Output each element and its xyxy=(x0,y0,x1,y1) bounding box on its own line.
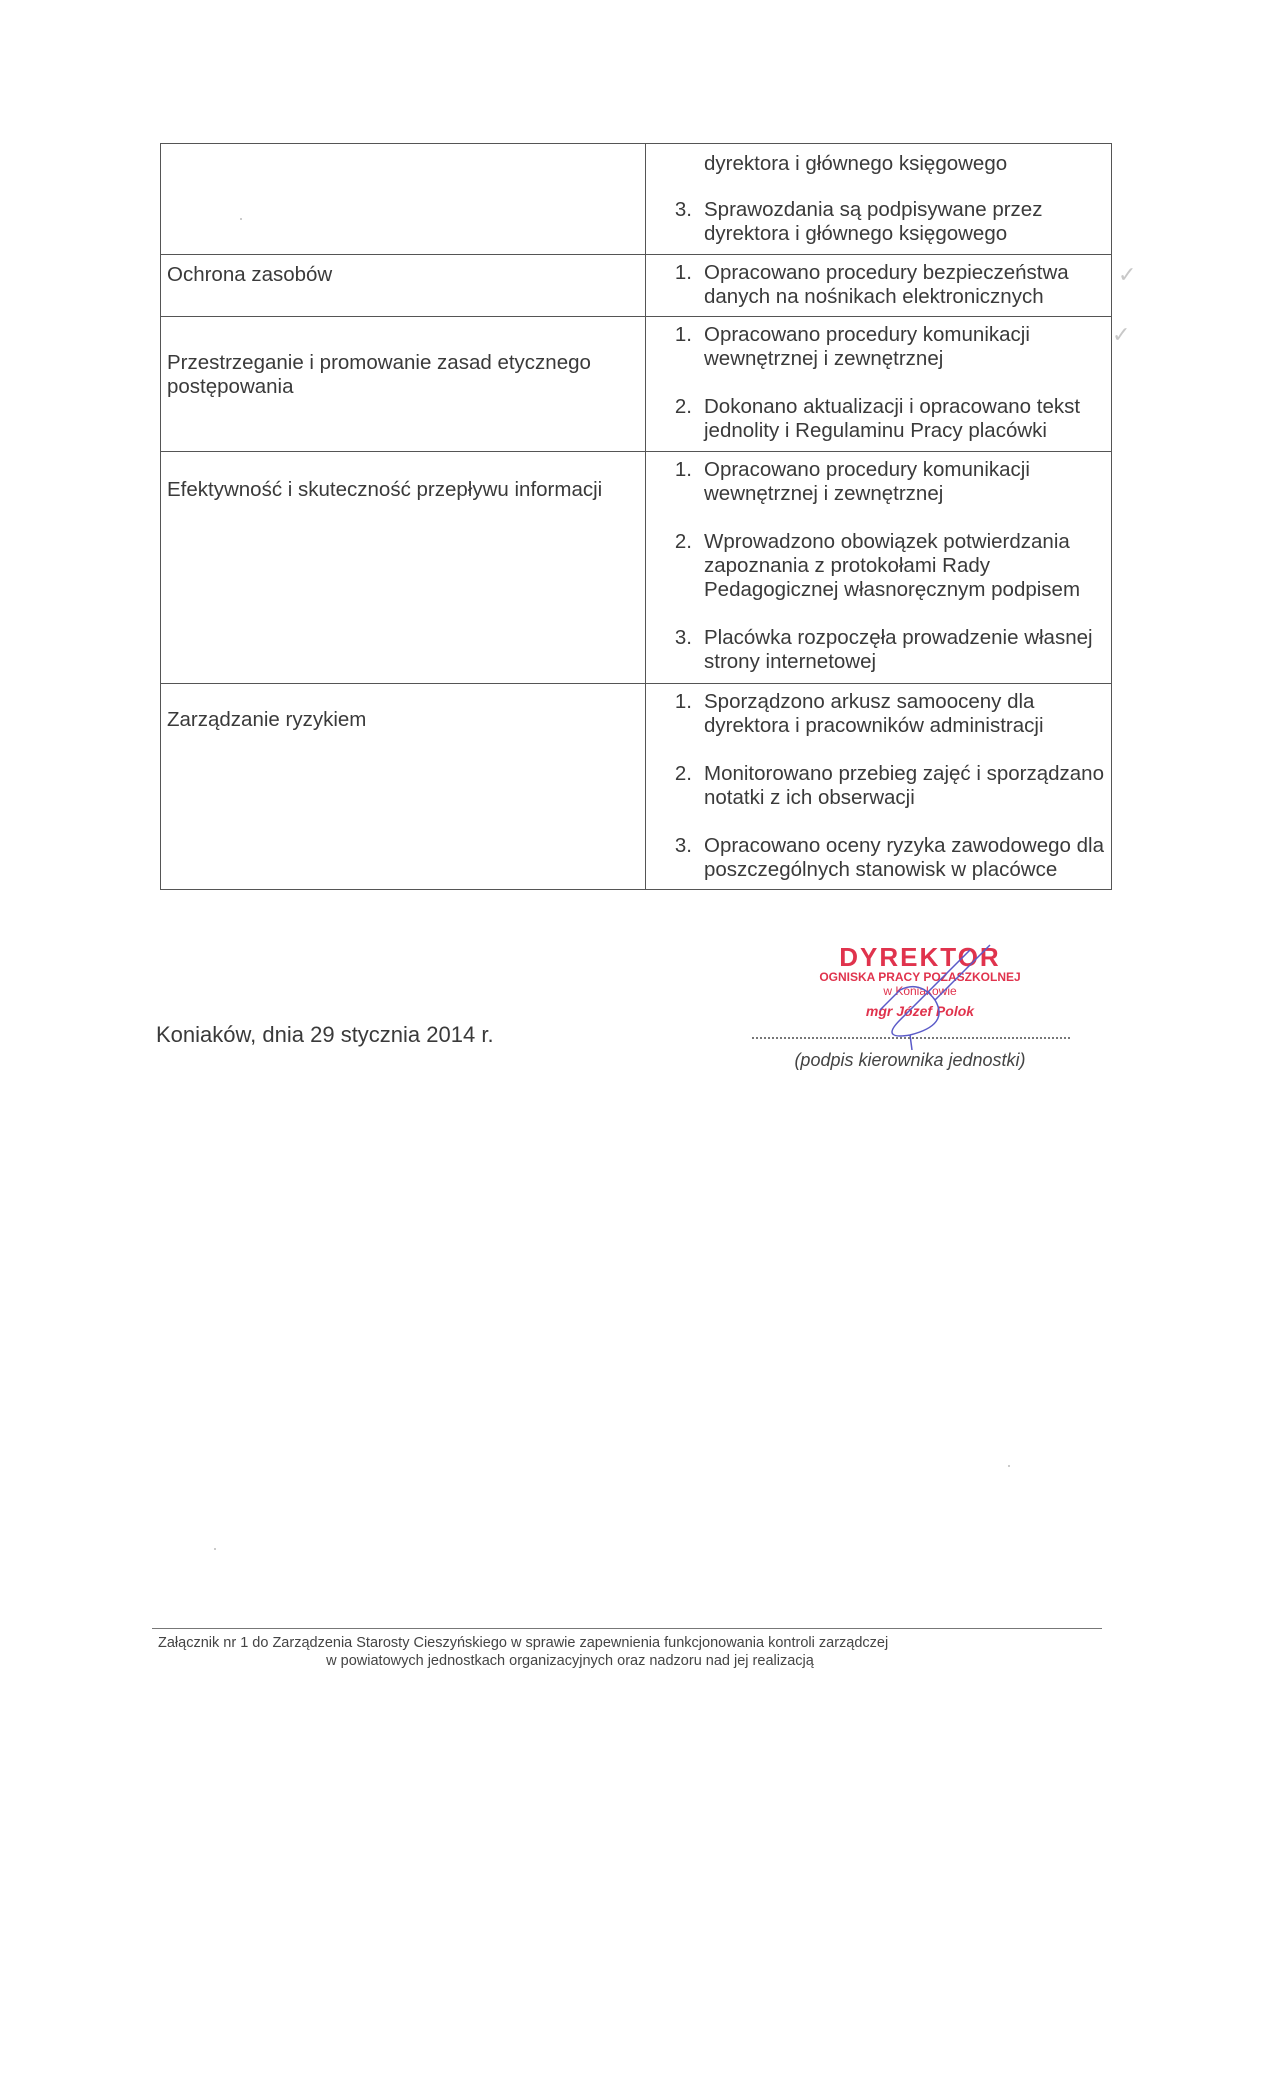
area-label-cell xyxy=(161,144,646,255)
item-text: Placówka rozpoczęła prowadzenie własnej … xyxy=(704,626,1105,674)
control-table: dyrektora i głównego księgowego3.Sprawoz… xyxy=(160,143,1112,890)
item-spacer xyxy=(646,738,1105,762)
item-number: 3. xyxy=(646,626,704,674)
area-label: Efektywność i skuteczność przepływu info… xyxy=(167,478,602,501)
area-label-cell: Przestrzeganie i promowanie zasad etyczn… xyxy=(161,317,646,452)
handwritten-signature-icon xyxy=(840,940,1040,1050)
actions-cell: 1.Opracowano procedury bezpieczeństwa da… xyxy=(646,255,1112,317)
table-row: dyrektora i głównego księgowego3.Sprawoz… xyxy=(161,144,1112,255)
table-row: Zarządzanie ryzykiem1.Sporządzono arkusz… xyxy=(161,684,1112,890)
item-text: Opracowano procedury komunikacji wewnętr… xyxy=(704,323,1105,371)
footer-divider xyxy=(152,1628,1102,1629)
item-number: 1. xyxy=(646,261,704,309)
action-item: 1.Sporządzono arkusz samooceny dla dyrek… xyxy=(646,690,1105,738)
area-label: Ochrona zasobów xyxy=(167,263,332,286)
action-item: dyrektora i głównego księgowego xyxy=(646,152,1105,176)
action-item: 1.Opracowano procedury komunikacji wewnę… xyxy=(646,323,1105,371)
footer-note: Załącznik nr 1 do Zarządzenia Starosty C… xyxy=(150,1634,1100,1670)
item-spacer xyxy=(646,176,1105,198)
margin-check-mark-icon: ✓ xyxy=(1112,322,1130,348)
action-item: 3.Placówka rozpoczęła prowadzenie własne… xyxy=(646,626,1105,674)
item-number: 1. xyxy=(646,458,704,506)
item-number: 1. xyxy=(646,323,704,371)
item-text: Opracowano oceny ryzyka zawodowego dla p… xyxy=(704,834,1105,882)
actions-cell: 1.Opracowano procedury komunikacji wewnę… xyxy=(646,452,1112,684)
table-row: Ochrona zasobów1.Opracowano procedury be… xyxy=(161,255,1112,317)
action-item: 3.Opracowano oceny ryzyka zawodowego dla… xyxy=(646,834,1105,882)
item-text: dyrektora i głównego księgowego xyxy=(704,152,1105,176)
item-number: 2. xyxy=(646,530,704,602)
item-number: 2. xyxy=(646,395,704,443)
margin-check-mark-icon: ✓ xyxy=(1118,262,1136,288)
item-spacer xyxy=(646,602,1105,626)
footer-line-2: w powiatowych jednostkach organizacyjnyc… xyxy=(150,1652,1100,1670)
item-text: Wprowadzono obowiązek potwierdzania zapo… xyxy=(704,530,1105,602)
item-text: Opracowano procedury bezpieczeństwa dany… xyxy=(704,261,1105,309)
area-label: Zarządzanie ryzykiem xyxy=(167,708,366,731)
place-date: Koniaków, dnia 29 stycznia 2014 r. xyxy=(156,1022,494,1048)
actions-cell: 1.Sporządzono arkusz samooceny dla dyrek… xyxy=(646,684,1112,890)
item-text: Dokonano aktualizacji i opracowano tekst… xyxy=(704,395,1105,443)
item-text: Sporządzono arkusz samooceny dla dyrekto… xyxy=(704,690,1105,738)
document-page: dyrektora i głównego księgowego3.Sprawoz… xyxy=(0,0,1275,2100)
action-item: 3.Sprawozdania są podpisywane przez dyre… xyxy=(646,198,1105,246)
action-item: 2.Monitorowano przebieg zajęć i sporządz… xyxy=(646,762,1105,810)
item-spacer xyxy=(646,810,1105,834)
item-spacer xyxy=(646,506,1105,530)
footer-line-1: Załącznik nr 1 do Zarządzenia Starosty C… xyxy=(150,1634,1100,1652)
table-row: Przestrzeganie i promowanie zasad etyczn… xyxy=(161,317,1112,452)
area-label-cell: Efektywność i skuteczność przepływu info… xyxy=(161,452,646,684)
area-label: Przestrzeganie i promowanie zasad etyczn… xyxy=(167,351,591,398)
item-number xyxy=(646,152,704,176)
scan-speck xyxy=(214,1548,216,1550)
item-number: 3. xyxy=(646,834,704,882)
signature-line xyxy=(752,1037,1070,1039)
item-text: Sprawozdania są podpisywane przez dyrekt… xyxy=(704,198,1105,246)
signature-caption: (podpis kierownika jednostki) xyxy=(745,1050,1075,1071)
item-number: 1. xyxy=(646,690,704,738)
action-item: 2.Wprowadzono obowiązek potwierdzania za… xyxy=(646,530,1105,602)
item-spacer xyxy=(646,371,1105,395)
scan-speck xyxy=(1008,1465,1010,1467)
actions-cell: dyrektora i głównego księgowego3.Sprawoz… xyxy=(646,144,1112,255)
item-number: 3. xyxy=(646,198,704,246)
item-text: Opracowano procedury komunikacji wewnętr… xyxy=(704,458,1105,506)
area-label-cell: Zarządzanie ryzykiem xyxy=(161,684,646,890)
area-label-cell: Ochrona zasobów xyxy=(161,255,646,317)
action-item: 1.Opracowano procedury komunikacji wewnę… xyxy=(646,458,1105,506)
actions-cell: 1.Opracowano procedury komunikacji wewnę… xyxy=(646,317,1112,452)
action-item: 1.Opracowano procedury bezpieczeństwa da… xyxy=(646,261,1105,309)
item-text: Monitorowano przebieg zajęć i sporządzan… xyxy=(704,762,1105,810)
item-number: 2. xyxy=(646,762,704,810)
scan-speck xyxy=(240,218,242,220)
table-row: Efektywność i skuteczność przepływu info… xyxy=(161,452,1112,684)
action-item: 2.Dokonano aktualizacji i opracowano tek… xyxy=(646,395,1105,443)
